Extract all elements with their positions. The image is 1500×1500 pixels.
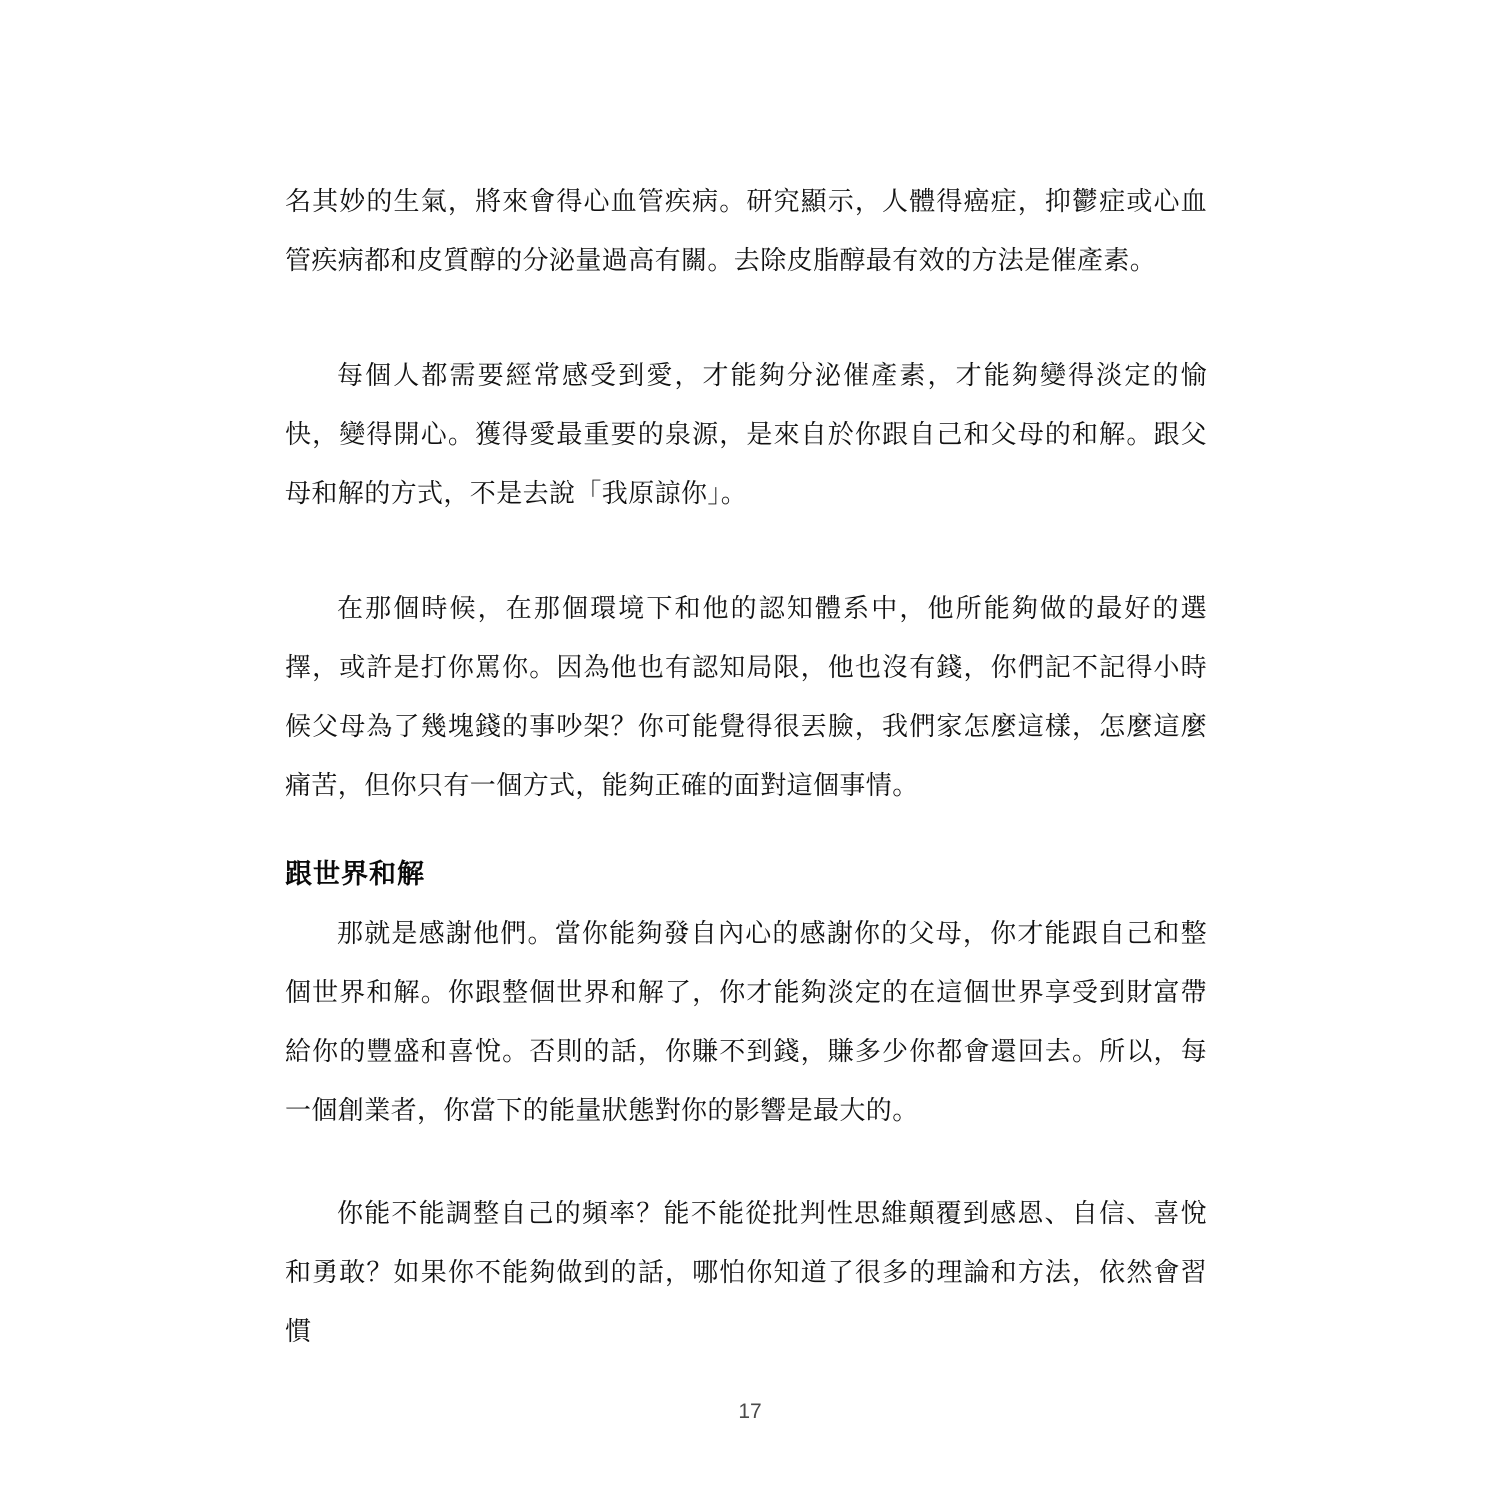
- paragraph-love-oxytocin: 每個人都需要經常感受到愛，才能夠分泌催產素，才能夠變得淡定的愉快，變得開心。獲得…: [285, 346, 1207, 523]
- paragraph-parents-limits: 在那個時候，在那個環境下和他的認知體系中，他所能夠做的最好的選擇，或許是打你罵你…: [285, 579, 1207, 815]
- paragraph-gratitude-abundance: 那就是感謝他們。當你能夠發自內心的感謝你的父母，你才能跟自己和整個世界和解。你跟…: [285, 904, 1207, 1140]
- paragraph-cortisol: 名其妙的生氣，將來會得心血管疾病。研究顯示，人體得癌症，抑鬱症或心血管疾病都和皮…: [285, 172, 1207, 290]
- page-number: 17: [0, 1398, 1500, 1426]
- paragraph-adjust-frequency: 你能不能調整自己的頻率？能不能從批判性思維顛覆到感恩、自信、喜悅和勇敢？如果你不…: [285, 1184, 1207, 1361]
- book-page-text-block: 名其妙的生氣，將來會得心血管疾病。研究顯示，人體得癌症，抑鬱症或心血管疾病都和皮…: [285, 172, 1207, 1361]
- section-heading-reconcile-with-world: 跟世界和解: [285, 845, 1207, 904]
